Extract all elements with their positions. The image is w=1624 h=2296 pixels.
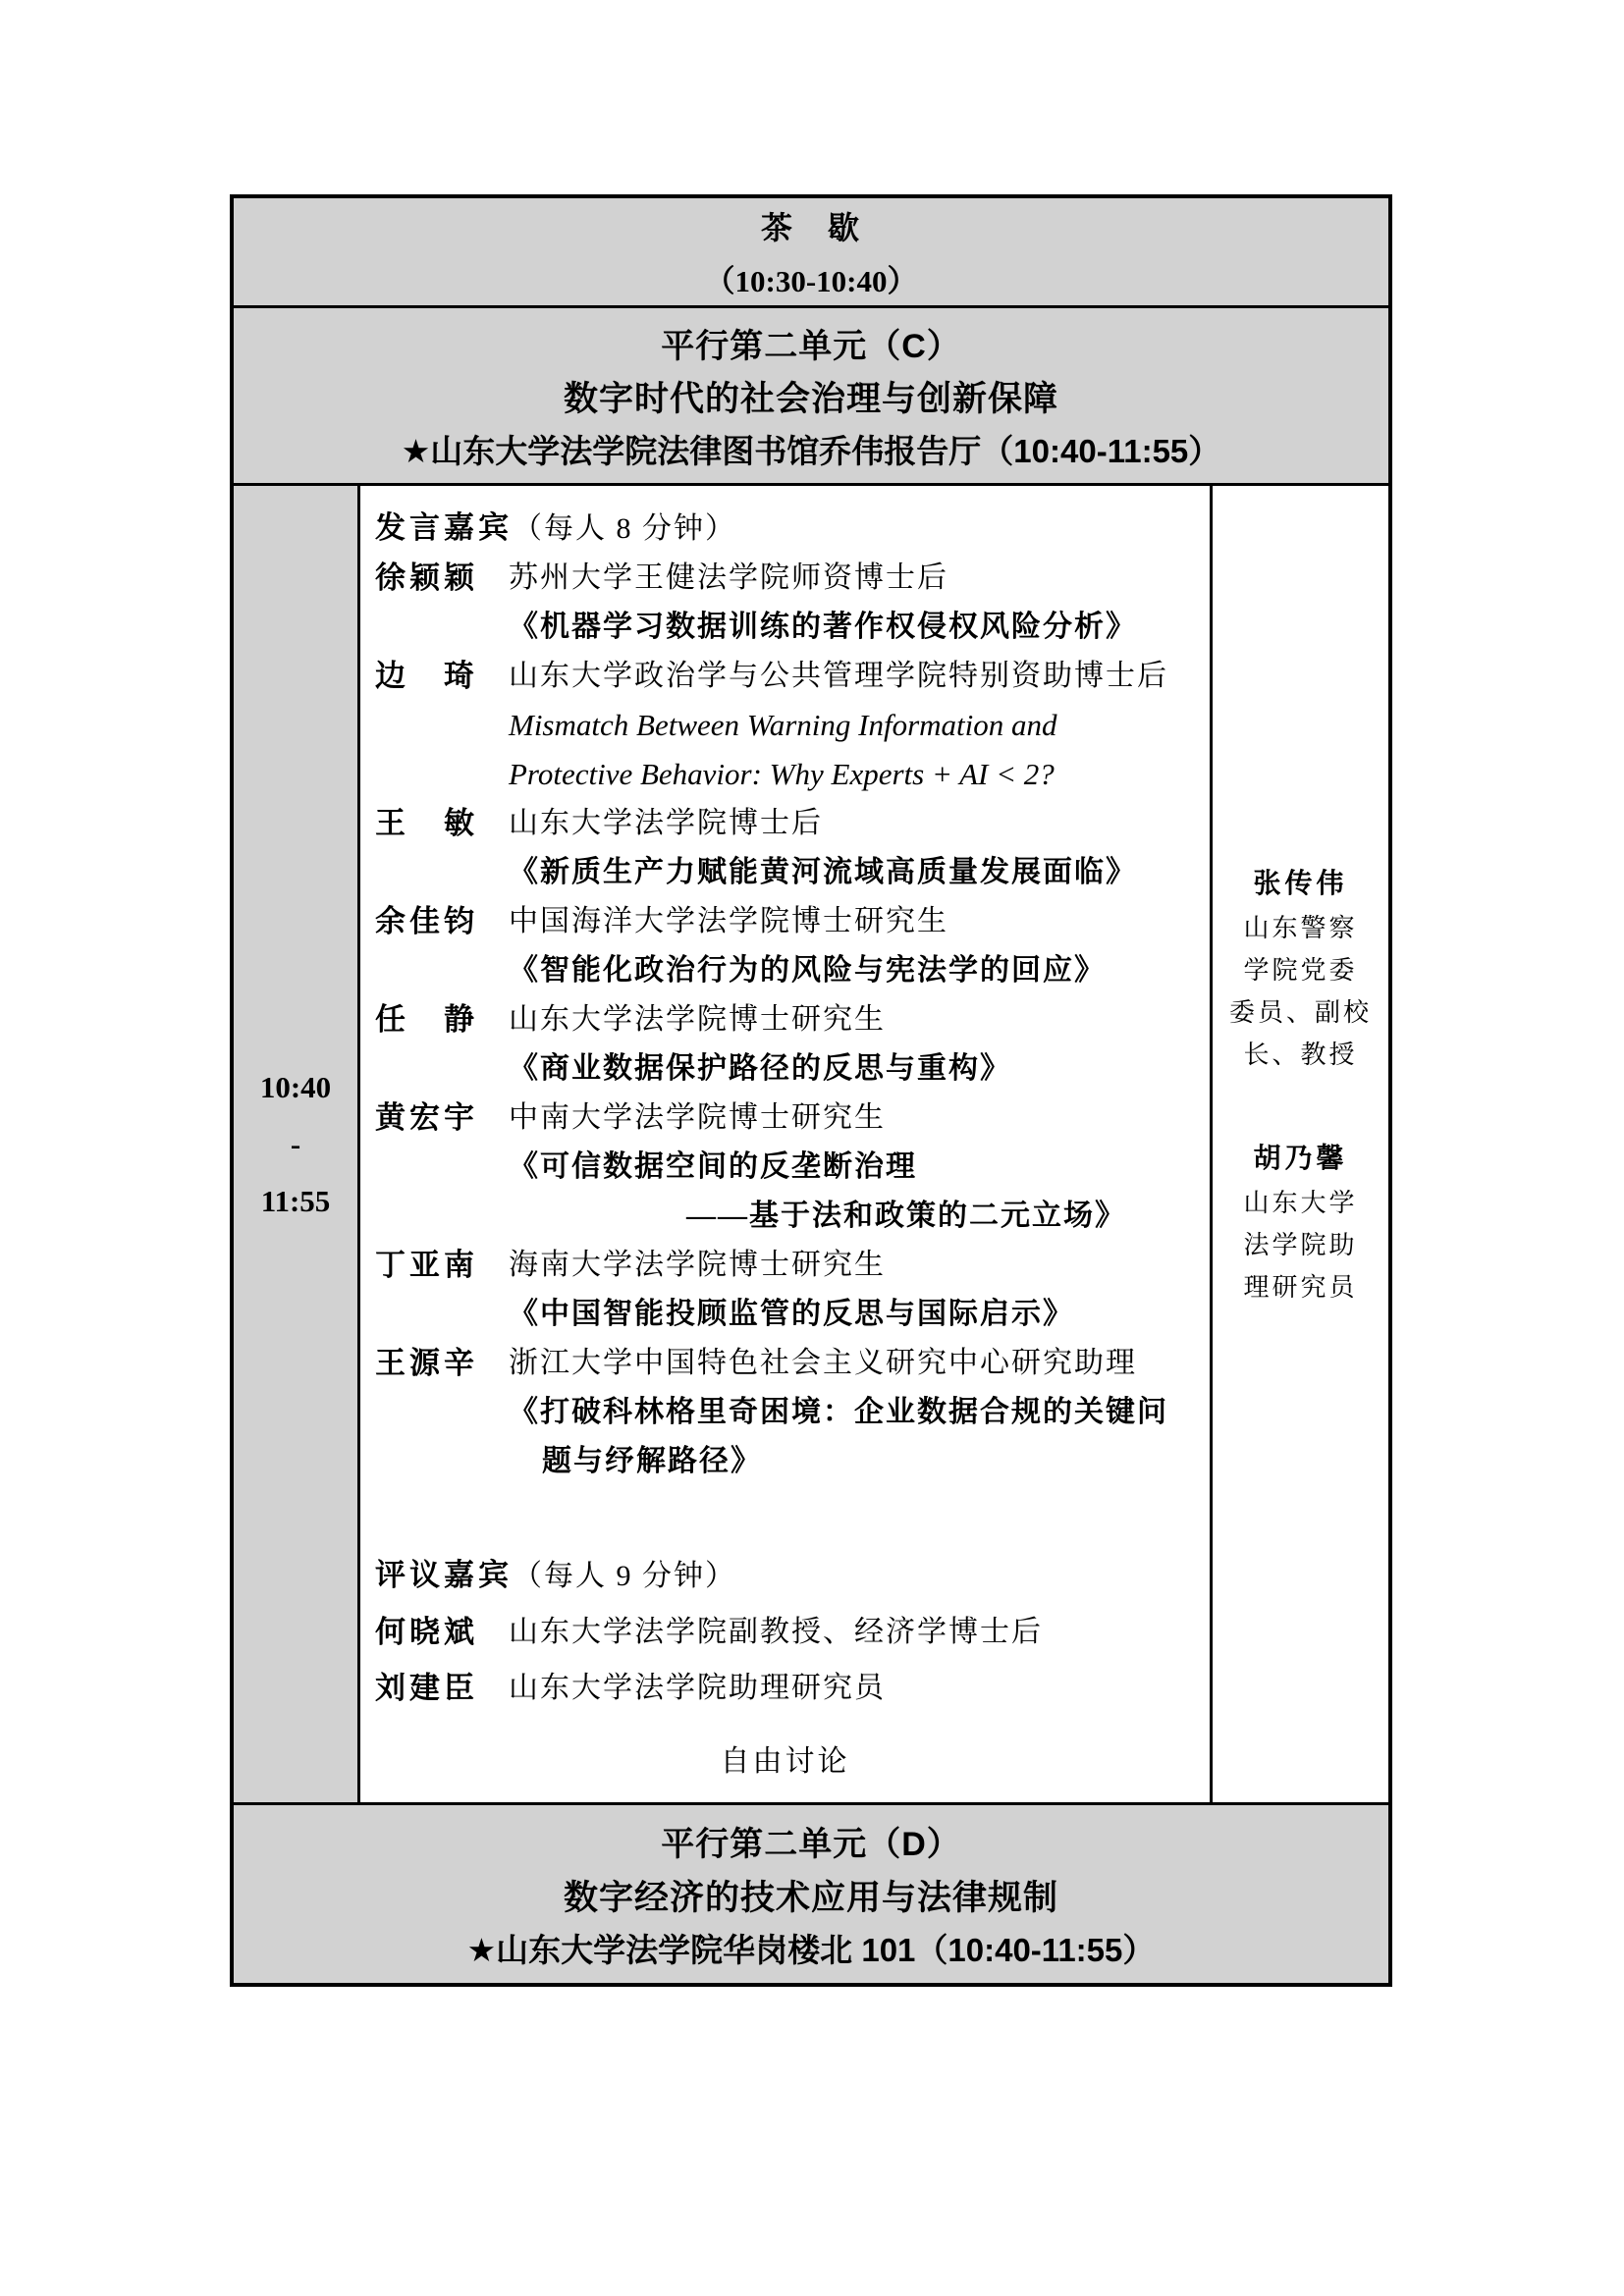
session-time-cell: 10:40 - 11:55 xyxy=(234,486,360,1802)
speaker-entry: 黄宏宇中南大学法学院博士研究生 《可信数据空间的反垄断治理 ——基于法和政策的二… xyxy=(375,1094,1210,1241)
time-dash: - xyxy=(291,1127,300,1162)
speaker-name: 王 敏 xyxy=(375,799,509,848)
speaker-affiliation: 山东大学法学院博士后 xyxy=(509,807,823,839)
moderator-affiliation-line: 山东警察 xyxy=(1243,907,1357,949)
speaker-entry: 边 琦山东大学政治学与公共管理学院特别资助博士后 Mismatch Betwee… xyxy=(375,652,1210,799)
session-row: 10:40 - 11:55 发言嘉宾（每人 8 分钟） 徐颖颖苏州大学王健法学院… xyxy=(234,486,1388,1805)
speaker-entry: 王 敏山东大学法学院博士后 《新质生产力赋能黄河流域高质量发展面临》 xyxy=(375,799,1210,897)
paper-title: 《打破科林格里奇困境：企业数据合规的关键问 xyxy=(375,1388,1210,1437)
moderator-affiliation-line: 法学院助 xyxy=(1243,1224,1357,1266)
discussants-section: 评议嘉宾（每人 9 分钟） 何晓斌山东大学法学院副教授、经济学博士后 刘建臣山东… xyxy=(375,1547,1210,1716)
program-table: 茶 歇 （10:30-10:40） 平行第二单元（C） 数字时代的社会治理与创新… xyxy=(230,194,1392,1987)
speaker-line: 徐颖颖苏州大学王健法学院师资博士后 xyxy=(375,554,1210,603)
speaker-affiliation: 苏州大学王健法学院师资博士后 xyxy=(509,561,948,594)
unit-d-venue: ★山东大学法学院华岗楼北 101（10:40-11:55） xyxy=(467,1925,1156,1971)
moderator-affiliation-line: 理研究员 xyxy=(1243,1266,1357,1308)
speaker-entry: 余佳钧中国海洋大学法学院博士研究生 《智能化政治行为的风险与宪法学的回应》 xyxy=(375,897,1210,995)
tea-break-time: （10:30-10:40） xyxy=(705,256,918,300)
unit-d-subtitle: 数字经济的技术应用与法律规制 xyxy=(564,1871,1058,1920)
speaker-name: 边 琦 xyxy=(375,652,509,701)
paper-title: 《可信数据空间的反垄断治理 xyxy=(375,1143,1210,1192)
conference-program-page: { "tea_break": { "title": "茶 歇", "time":… xyxy=(0,0,1624,2296)
speaker-affiliation: 山东大学法学院博士研究生 xyxy=(509,1003,886,1036)
speaker-line: 黄宏宇中南大学法学院博士研究生 xyxy=(375,1094,1210,1143)
moderator-name: 胡乃馨 xyxy=(1253,1137,1347,1182)
unit-c-header: 平行第二单元（C） 数字时代的社会治理与创新保障 ★山东大学法学院法律图书馆乔伟… xyxy=(234,308,1388,486)
speaker-line: 王源辛浙江大学中国特色社会主义研究中心研究助理 xyxy=(375,1339,1210,1388)
speaker-line: 余佳钧中国海洋大学法学院博士研究生 xyxy=(375,897,1210,946)
speakers-header-label: 发言嘉宾 xyxy=(375,510,513,545)
speaker-name: 余佳钧 xyxy=(375,897,509,946)
moderator-block: 张传伟 山东警察 学院党委 委员、副校 长、教授 xyxy=(1229,862,1372,1076)
discussant-name: 刘建臣 xyxy=(375,1660,509,1716)
moderator-affiliation-line: 委员、副校 xyxy=(1229,991,1372,1034)
paper-title-continuation: ——基于法和政策的二元立场》 xyxy=(375,1192,1210,1241)
speaker-affiliation: 山东大学政治学与公共管理学院特别资助博士后 xyxy=(509,660,1168,692)
discussants-header-note: （每人 9 分钟） xyxy=(513,1560,736,1592)
moderator-affiliation-line: 学院党委 xyxy=(1243,949,1357,991)
unit-c-subtitle: 数字时代的社会治理与创新保障 xyxy=(564,372,1058,421)
speaker-entry: 任 静山东大学法学院博士研究生 《商业数据保护路径的反思与重构》 xyxy=(375,995,1210,1094)
paper-title-english: Protective Behavior: Why Experts + AI < … xyxy=(375,750,1210,799)
moderator-affiliation-line: 山东大学 xyxy=(1243,1182,1357,1224)
discussant-affiliation: 山东大学法学院助理研究员 xyxy=(509,1672,886,1704)
paper-title: 《智能化政治行为的风险与宪法学的回应》 xyxy=(375,946,1210,995)
discussants-section-header: 评议嘉宾（每人 9 分钟） xyxy=(375,1547,1210,1604)
free-discussion-label: 自由讨论 xyxy=(360,1737,1210,1787)
speaker-affiliation: 中南大学法学院博士研究生 xyxy=(509,1101,886,1134)
speaker-name: 任 静 xyxy=(375,995,509,1044)
paper-title-english: Mismatch Between Warning Information and xyxy=(375,701,1210,750)
speaker-line: 王 敏山东大学法学院博士后 xyxy=(375,799,1210,848)
unit-c-venue: ★山东大学法学院法律图书馆乔伟报告厅（10:40-11:55） xyxy=(402,426,1221,472)
speaker-name: 丁亚南 xyxy=(375,1241,509,1290)
discussant-line: 刘建臣山东大学法学院助理研究员 xyxy=(375,1660,1210,1716)
paper-title: 《商业数据保护路径的反思与重构》 xyxy=(375,1044,1210,1094)
unit-c-title: 平行第二单元（C） xyxy=(661,319,961,367)
paper-title: 《机器学习数据训练的著作权侵权风险分析》 xyxy=(375,603,1210,652)
speaker-line: 任 静山东大学法学院博士研究生 xyxy=(375,995,1210,1044)
moderator-name: 张传伟 xyxy=(1253,862,1347,907)
speaker-affiliation: 中国海洋大学法学院博士研究生 xyxy=(509,905,948,937)
discussant-name: 何晓斌 xyxy=(375,1604,509,1660)
speaker-entry: 丁亚南海南大学法学院博士研究生 《中国智能投顾监管的反思与国际启示》 xyxy=(375,1241,1210,1339)
tea-break-row: 茶 歇 （10:30-10:40） xyxy=(234,198,1388,308)
session-end-time: 11:55 xyxy=(261,1184,331,1219)
unit-d-title: 平行第二单元（D） xyxy=(661,1817,961,1865)
speakers-section-header: 发言嘉宾（每人 8 分钟） xyxy=(375,504,1210,554)
discussant-affiliation: 山东大学法学院副教授、经济学博士后 xyxy=(509,1616,1043,1648)
tea-break-title: 茶 歇 xyxy=(761,203,861,248)
unit-d-header: 平行第二单元（D） 数字经济的技术应用与法律规制 ★山东大学法学院华岗楼北 10… xyxy=(234,1805,1388,1983)
paper-title-continuation: 题与纾解路径》 xyxy=(375,1437,1210,1486)
session-start-time: 10:40 xyxy=(260,1070,331,1105)
moderator-cell: 张传伟 山东警察 学院党委 委员、副校 长、教授 胡乃馨 山东大学 法学院助 理… xyxy=(1210,486,1388,1802)
speaker-affiliation: 浙江大学中国特色社会主义研究中心研究助理 xyxy=(509,1347,1137,1379)
paper-title: 《中国智能投顾监管的反思与国际启示》 xyxy=(375,1290,1210,1339)
moderator-block: 胡乃馨 山东大学 法学院助 理研究员 xyxy=(1243,1137,1357,1308)
speaker-entry: 王源辛浙江大学中国特色社会主义研究中心研究助理 《打破科林格里奇困境：企业数据合… xyxy=(375,1339,1210,1486)
speaker-name: 徐颖颖 xyxy=(375,554,509,603)
paper-title: 《新质生产力赋能黄河流域高质量发展面临》 xyxy=(375,848,1210,897)
discussant-line: 何晓斌山东大学法学院副教授、经济学博士后 xyxy=(375,1604,1210,1660)
speakers-header-note: （每人 8 分钟） xyxy=(513,512,736,545)
speaker-affiliation: 海南大学法学院博士研究生 xyxy=(509,1249,886,1281)
speaker-entry: 徐颖颖苏州大学王健法学院师资博士后 《机器学习数据训练的著作权侵权风险分析》 xyxy=(375,554,1210,652)
discussants-header-label: 评议嘉宾 xyxy=(375,1558,513,1592)
speaker-name: 王源辛 xyxy=(375,1339,509,1388)
speaker-name: 黄宏宇 xyxy=(375,1094,509,1143)
session-content-cell: 发言嘉宾（每人 8 分钟） 徐颖颖苏州大学王健法学院师资博士后 《机器学习数据训… xyxy=(360,486,1210,1802)
moderator-affiliation-line: 长、教授 xyxy=(1243,1034,1357,1076)
speaker-line: 边 琦山东大学政治学与公共管理学院特别资助博士后 xyxy=(375,652,1210,701)
speaker-line: 丁亚南海南大学法学院博士研究生 xyxy=(375,1241,1210,1290)
